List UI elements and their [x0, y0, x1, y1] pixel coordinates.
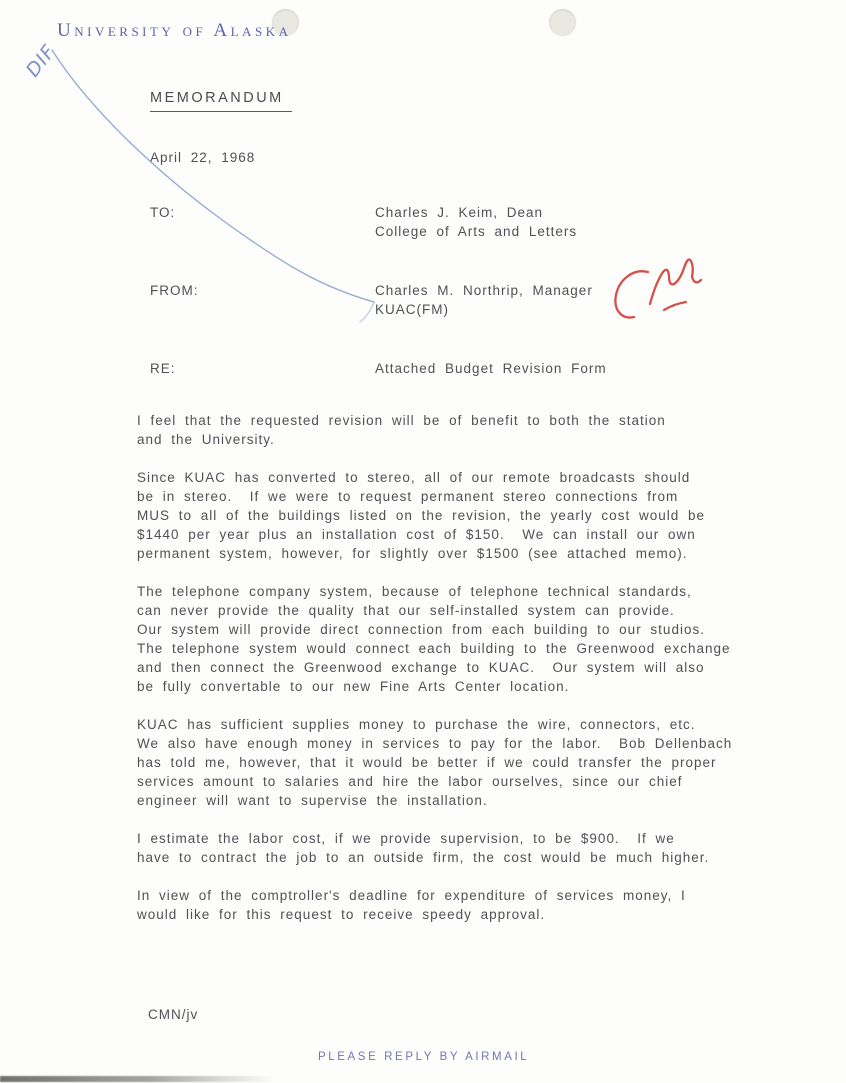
field-from-value: Charles M. Northrip, Manager KUAC(FM)	[375, 281, 593, 319]
memo-document-page: University of Alaska MEMORANDUM April 22…	[0, 0, 846, 1083]
paragraph-1: I feel that the requested revision will …	[137, 411, 837, 449]
pen-line-stroke	[52, 50, 374, 302]
paragraph-2: Since KUAC has converted to stereo, all …	[137, 468, 837, 563]
field-to-label: TO:	[150, 203, 175, 222]
field-from-label: FROM:	[150, 281, 199, 300]
pen-line-tail	[360, 302, 374, 322]
memo-heading: MEMORANDUM	[150, 89, 292, 112]
red-initials-cmn	[615, 260, 701, 318]
paragraph-3: The telephone company system, because of…	[137, 582, 837, 696]
handwritten-corner-note: DIF	[22, 41, 60, 81]
field-re-label: RE:	[150, 359, 176, 378]
letterhead-institution: University of Alaska	[57, 20, 291, 42]
field-re-value: Attached Budget Revision Form	[375, 359, 607, 378]
paragraph-4: KUAC has sufficient supplies money to pu…	[137, 715, 837, 810]
paragraph-6: In view of the comptroller's deadline fo…	[137, 886, 837, 924]
paragraph-5: I estimate the labor cost, if we provide…	[137, 829, 837, 867]
signoff-initials: CMN/jv	[148, 1005, 198, 1024]
memo-body: I feel that the requested revision will …	[137, 411, 837, 943]
airmail-reply-stamp: PLEASE REPLY BY AIRMAIL	[318, 1051, 529, 1063]
punch-hole-right	[549, 9, 576, 36]
scan-edge-artifact	[0, 1076, 275, 1082]
memo-date: April 22, 1968	[150, 148, 255, 167]
field-to-value: Charles J. Keim, Dean College of Arts an…	[375, 203, 577, 241]
